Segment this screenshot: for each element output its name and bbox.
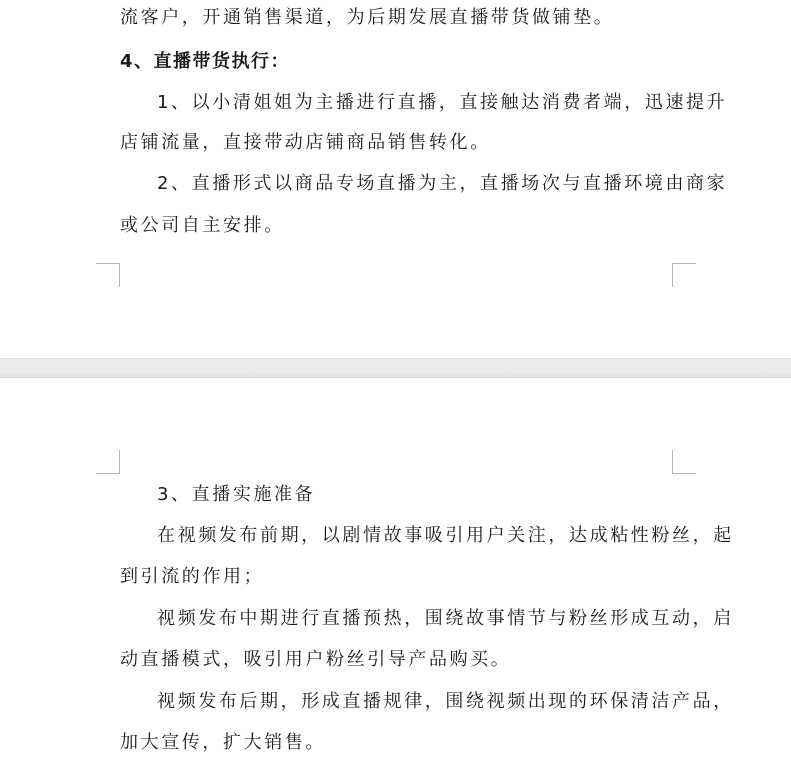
margin-corner-mark xyxy=(672,263,696,287)
paragraph-line: 在视频发布前期，以剧情故事吸引用户关注，达成粘性粉丝，起 xyxy=(157,525,717,547)
paragraph-line: 动直播模式，吸引用户粉丝引导产品购买。 xyxy=(120,649,680,671)
section-heading: 4、直播带货执行： xyxy=(120,51,680,73)
paragraph-line: 到引流的作用； xyxy=(120,566,680,588)
margin-corner-mark xyxy=(672,450,696,474)
paragraph-line: 或公司自主安排。 xyxy=(120,215,680,237)
margin-corner-mark xyxy=(96,263,120,287)
margin-corner-mark xyxy=(96,450,120,474)
paragraph-line: 店铺流量，直接带动店铺商品销售转化。 xyxy=(120,132,680,154)
document-page-1: 流客户，开通销售渠道，为后期发展直播带货做铺垫。 4、直播带货执行： 1、以小清… xyxy=(0,0,791,358)
paragraph-line: 视频发布中期进行直播预热，围绕故事情节与粉丝形成互动，启 xyxy=(157,608,717,630)
paragraph-line: 流客户，开通销售渠道，为后期发展直播带货做铺垫。 xyxy=(120,7,680,29)
paragraph-line: 加大宣传，扩大销售。 xyxy=(120,732,680,754)
paragraph-line: 2、直播形式以商品专场直播为主，直播场次与直播环境由商家 xyxy=(157,173,717,195)
document-page-2: 3、直播实施准备 在视频发布前期，以剧情故事吸引用户关注，达成粘性粉丝，起 到引… xyxy=(0,378,791,771)
page-break-gap xyxy=(0,358,791,378)
paragraph-line: 视频发布后期，形成直播规律，围绕视频出现的环保清洁产品， xyxy=(157,691,717,713)
paragraph-line: 1、以小清姐姐为主播进行直播，直接触达消费者端，迅速提升 xyxy=(157,92,717,114)
paragraph-line: 3、直播实施准备 xyxy=(157,484,717,506)
